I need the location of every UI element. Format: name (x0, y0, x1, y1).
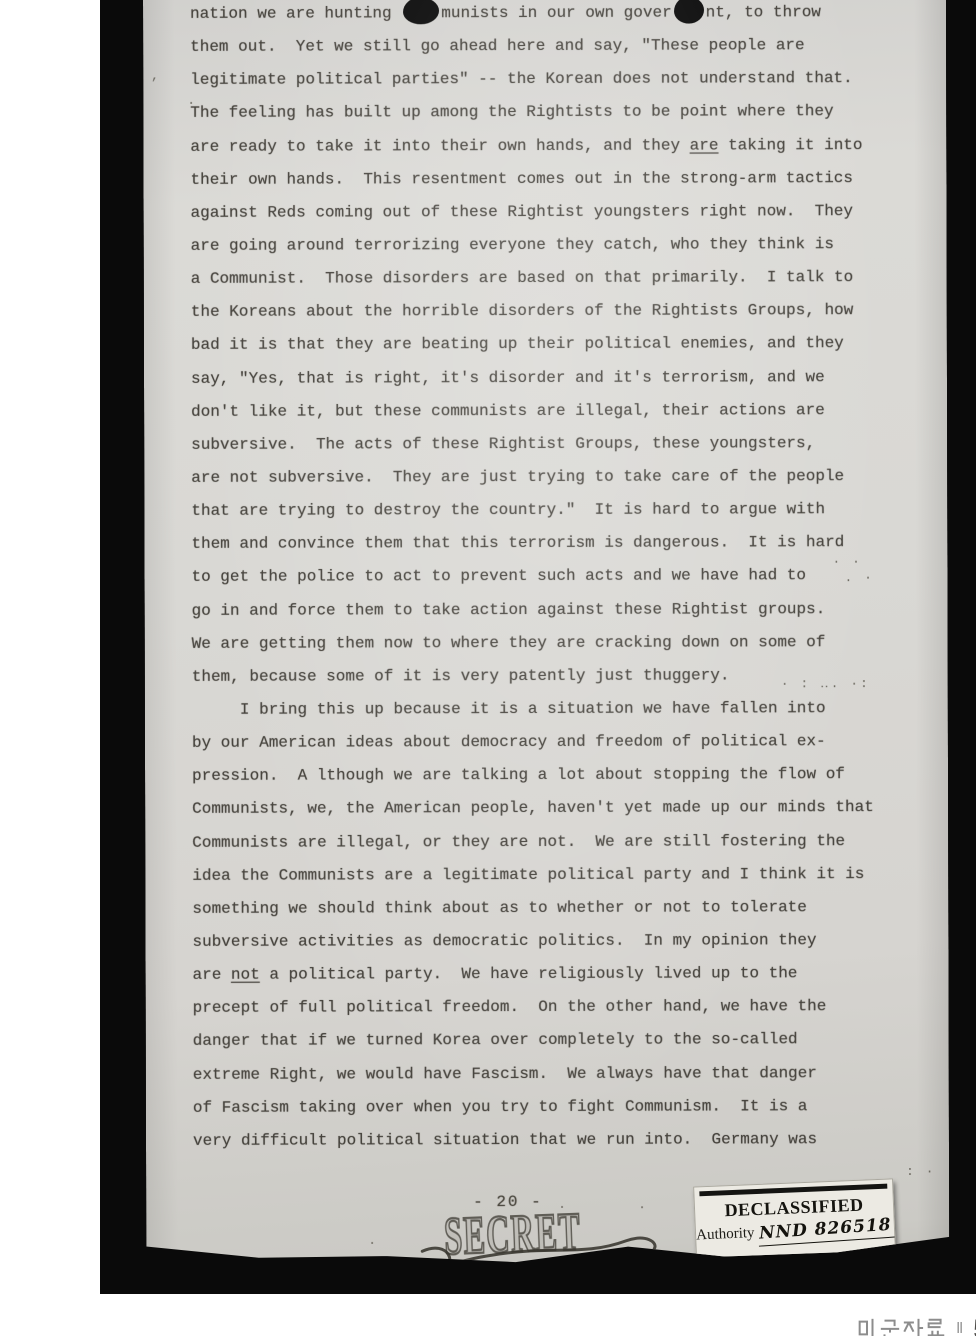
scan-speck: . (187, 93, 197, 108)
text-line: are ready to take it into their own hand… (190, 129, 906, 164)
text-line: Communists are illegal, or they are not.… (192, 825, 908, 860)
text-segment: very difficult political situation that … (193, 1130, 817, 1150)
text-segment: the Koreans about the horrible disorders… (191, 301, 854, 321)
text-line: the Koreans about the horrible disorders… (191, 294, 907, 329)
text-line: them out. Yet we still go ahead here and… (190, 29, 906, 64)
text-line: very difficult political situation that … (193, 1123, 909, 1158)
text-line: extreme Right, we would have Fascism. We… (193, 1056, 909, 1091)
hangul-mi-glyph (856, 1316, 878, 1336)
text-segment: are (193, 966, 231, 984)
text-segment: their own hands. This resentment comes o… (190, 169, 853, 189)
underlined-word: are (690, 136, 719, 154)
text-line: of Fascism taking over when you try to f… (193, 1090, 909, 1125)
scan-speck: · · (832, 554, 861, 569)
text-segment: say, "Yes, that is right, it's disorder … (191, 368, 825, 388)
text-segment: by our American ideas about democracy an… (192, 732, 826, 752)
scan-speck: ’ (150, 76, 160, 91)
text-segment: are going around terrorizing everyone th… (191, 235, 834, 255)
text-segment: legitimate political parties" -- the Kor… (190, 69, 853, 89)
scanner-background: nation we are hunting munists in our own… (100, 0, 976, 1294)
text-line: bad it is that they are beating up their… (191, 327, 907, 362)
text-segment: I bring this up because it is a situatio… (192, 699, 826, 719)
scan-speck: · (368, 1235, 378, 1250)
text-line: legitimate political parties" -- the Kor… (190, 62, 906, 97)
document-page: nation we are hunting munists in our own… (143, 0, 949, 1272)
text-segment: are not subversive. They are just trying… (191, 467, 844, 487)
text-segment: against Reds coming out of these Rightis… (191, 202, 854, 222)
text-segment: nation we are hunting (190, 4, 401, 23)
typewritten-text: nation we are hunting munists in our own… (190, 0, 909, 1158)
text-line: idea the Communists are a legitimate pol… (192, 858, 908, 893)
text-line: Communists, we, the American people, hav… (192, 791, 908, 826)
text-line: The feeling has built up among the Right… (190, 95, 906, 130)
text-segment: don't like it, but these communists are … (191, 401, 825, 421)
secret-stamp: SECRET (443, 1204, 582, 1263)
text-line: against Reds coming out of these Rightis… (191, 195, 907, 230)
text-segment: munists in our own gover (441, 4, 671, 23)
text-segment: extreme Right, we would have Fascism. We… (193, 1064, 817, 1084)
scan-speck: · (638, 1200, 648, 1215)
text-segment: bad it is that they are beating up their… (191, 335, 844, 355)
text-line: subversive. The acts of these Rightist G… (191, 427, 907, 462)
text-line: are not a political party. We have relig… (193, 957, 909, 992)
text-line: don't like it, but these communists are … (191, 394, 907, 429)
declassified-stamp: DECLASSIFIED Authority NND 826518 (693, 1178, 896, 1262)
text-line: something we should think about as to wh… (192, 891, 908, 926)
text-segment: of Fascism taking over when you try to f… (193, 1097, 808, 1117)
text-line: by our American ideas about democracy an… (192, 725, 908, 760)
text-segment: them, because some of it is very patentl… (192, 666, 730, 685)
text-segment: them and convince them that this terrori… (191, 533, 844, 553)
text-segment: We are getting them now to where they ar… (192, 633, 826, 653)
redaction-blob (403, 0, 439, 24)
text-segment: subversive activities as democratic poli… (192, 931, 816, 951)
text-line: a Communist. Those disorders are based o… (191, 261, 907, 296)
text-line: are going around terrorizing everyone th… (191, 228, 907, 263)
text-segment: to get the police to act to prevent such… (191, 567, 806, 587)
text-segment: Communists are illegal, or they are not.… (192, 832, 845, 852)
text-line: that are trying to destroy the country."… (191, 493, 907, 528)
text-segment: are ready to take it into their own hand… (190, 136, 689, 155)
text-segment: danger that if we turned Korea over comp… (193, 1031, 798, 1051)
archive-caption: Ⅱ 53 (856, 1316, 976, 1336)
text-segment: nt, to throw (706, 3, 821, 21)
text-line: to get the police to act to prevent such… (191, 559, 907, 594)
scan-speck: · : ‥. ·: (781, 676, 870, 691)
text-segment: that are trying to destroy the country."… (191, 500, 825, 520)
hangul-ryo-glyph (925, 1316, 947, 1336)
text-line: their own hands. This resentment comes o… (190, 162, 906, 197)
text-segment: them out. Yet we still go ahead here and… (190, 36, 805, 56)
text-segment: idea the Communists are a legitimate pol… (192, 865, 864, 885)
underlined-word: not (231, 966, 260, 984)
authority-label: Authority (696, 1225, 755, 1243)
text-line: pression. A lthough we are talking a lot… (192, 758, 908, 793)
text-segment: precept of full political freedom. On th… (193, 997, 827, 1017)
scan-speck: . · (844, 570, 873, 585)
text-line: We are getting them now to where they ar… (192, 626, 908, 661)
text-segment: something we should think about as to wh… (192, 898, 807, 918)
text-segment: Communists, we, the American people, hav… (192, 798, 874, 818)
redaction-blob (674, 0, 704, 24)
text-segment: a political party. We have religiously l… (260, 964, 798, 983)
text-segment: go in and force them to take action agai… (192, 600, 826, 620)
text-segment: a Communist. Those disorders are based o… (191, 268, 854, 288)
korean-caption (856, 1316, 947, 1336)
text-line: precept of full political freedom. On th… (193, 990, 909, 1025)
text-line: nation we are hunting munists in our own… (190, 0, 906, 31)
text-segment: taking it into (718, 136, 862, 154)
text-line: subversive activities as democratic poli… (192, 924, 908, 959)
text-line: I bring this up because it is a situatio… (192, 692, 908, 727)
text-line: are not subversive. They are just trying… (191, 460, 907, 495)
text-segment: The feeling has built up among the Right… (190, 103, 833, 123)
volume-numeral: Ⅱ (956, 1319, 963, 1336)
text-segment: subversive. The acts of these Rightist G… (191, 434, 815, 454)
hangul-gun-glyph (879, 1316, 901, 1336)
hangul-ja-glyph (902, 1316, 924, 1336)
text-segment: pression. A lthough we are talking a lot… (192, 765, 845, 785)
text-line: go in and force them to take action agai… (192, 593, 908, 628)
scan-speck: : · (906, 1164, 935, 1179)
scan-speck: . (558, 1197, 568, 1212)
text-line: say, "Yes, that is right, it's disorder … (191, 361, 907, 396)
text-line: them and convince them that this terrori… (191, 526, 907, 561)
text-line: danger that if we turned Korea over comp… (193, 1023, 909, 1058)
